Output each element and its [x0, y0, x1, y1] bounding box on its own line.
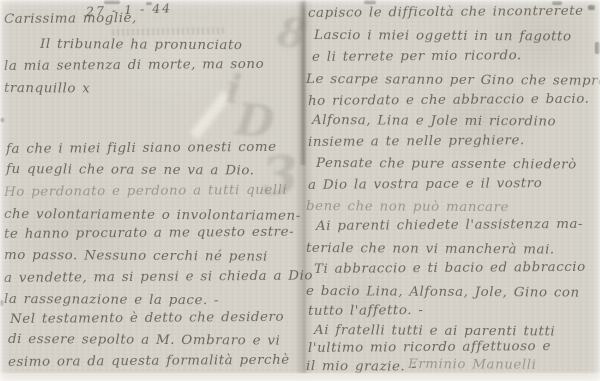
letter-line: Le scarpe saranno per Gino che sempre [306, 73, 600, 89]
edge-speck [364, 0, 376, 4]
edge-speck [595, 42, 600, 54]
letter-line: Ai fratelli tutti e ai parenti tutti [314, 324, 555, 339]
ghost-mark: i [223, 65, 245, 114]
letter-line: e li terrete per mio ricordo. [312, 49, 522, 65]
letter-line: a Dio la vostra pace e il vostro [308, 177, 542, 193]
edge-speck [588, 5, 595, 10]
letter-line: Nel testamento è detto che desidero [10, 311, 284, 327]
letter-line: capisco le difficoltà che incontrerete [308, 5, 584, 21]
letter-line: Ai parenti chiedete l'assistenza ma- [316, 218, 583, 234]
letter-line: mo passo. Nessuno cerchi né pensi [4, 249, 268, 265]
edge-speck [0, 300, 3, 306]
ghost-mark: 8 [274, 8, 310, 59]
letter-line: e bacio Lina, Alfonsa, Jole, Gino con [306, 285, 580, 301]
stamp-smudge [112, 27, 224, 36]
edge-speck [0, 118, 4, 122]
letter-line: Pensate che pure assente chiederò [316, 157, 577, 173]
letter-line: tranquillo x [4, 82, 90, 97]
letter-scan: 27 - 1 - 44 Carissima moglie,Il tribunal… [0, 0, 600, 381]
letter-line: la mia sentenza di morte, ma sono [4, 58, 264, 74]
bottom-edge-margin [0, 373, 600, 381]
letter-signature: Erminio Manuelli [408, 358, 536, 373]
letter-line: a vendette, ma si pensi e si chieda a Di… [4, 270, 313, 286]
letter-line: Ti abbraccio e ti bacio ed abbraccio [314, 261, 586, 277]
letter-line: l'ultimo mio ricordo affettuoso e [308, 340, 551, 356]
letter-line: tutto l'affetto. - [308, 304, 424, 319]
letter-line: Il tribunale ha pronunciato [40, 38, 243, 53]
letter-line: Carissima moglie, [4, 12, 137, 27]
letter-line: esimo ora da questa formalità perchè [8, 354, 290, 370]
letter-line: fu quegli che ora se ne va a Dio. [6, 163, 255, 179]
letter-line: che volontariamente o involontariamen- [4, 208, 301, 224]
letter-line: Alfonsa, Lina e Jole mi ricordino [312, 114, 556, 129]
letter-line: insieme a te nelle preghiere. [308, 134, 525, 150]
letter-line: bene che non può mancare [306, 200, 509, 215]
letter-line: il mio grazie. - [306, 360, 417, 375]
letter-line: di essere sepolto a M. Ombraro e vi [8, 333, 280, 349]
letter-line: Lascio i miei oggetti in un fagotto [314, 29, 572, 45]
letter-line: te hanno procurato a me questo estre- [4, 226, 294, 242]
letter-line: Ho perdonato e perdono a tutti quelli [4, 184, 287, 200]
letter-line: la rassegnazione e la pace. - [4, 293, 219, 308]
light-streak [190, 90, 232, 139]
letter-line: teriale che non vi mancherà mai. [306, 242, 555, 258]
letter-line: fa che i miei figli siano onesti come [6, 141, 277, 157]
letter-line: ho ricordato e che abbraccio e bacio. [308, 93, 590, 109]
